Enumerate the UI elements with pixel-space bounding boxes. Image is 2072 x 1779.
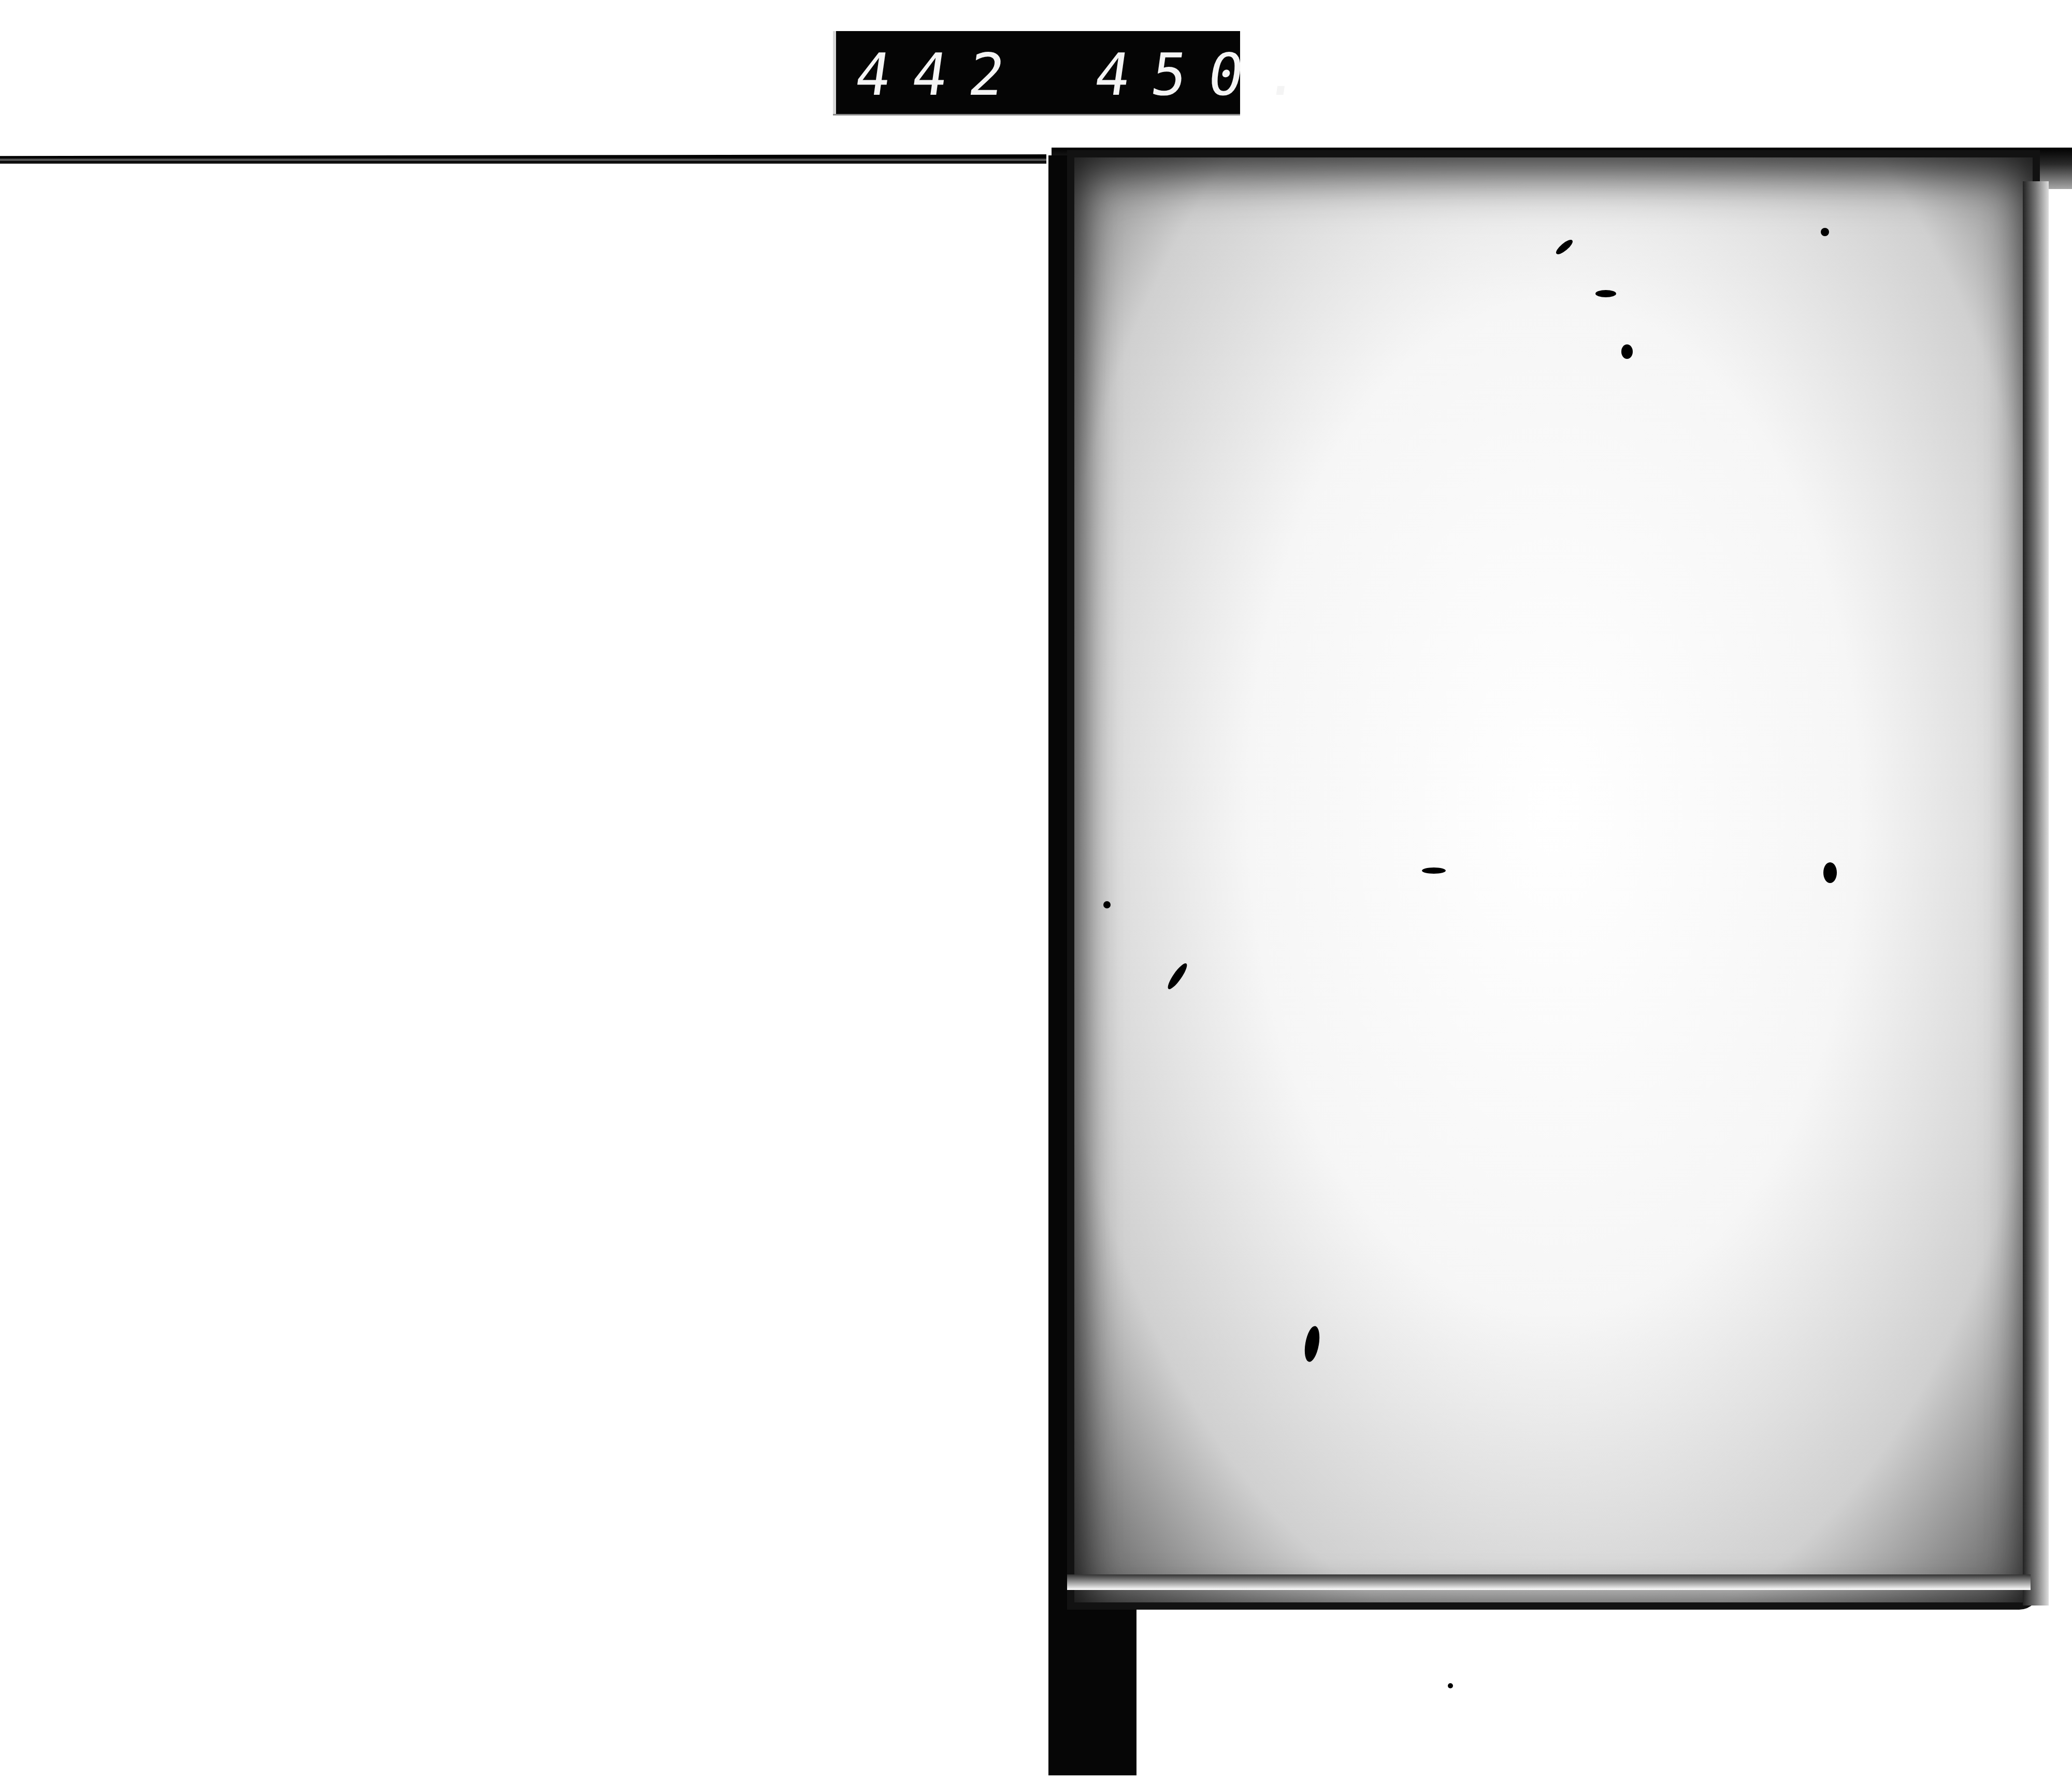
ink-spot (1595, 290, 1616, 297)
frame-counter-left: 442 (851, 41, 1031, 109)
blank-page (1067, 150, 2040, 1610)
page-bottom-edge (1067, 1574, 2031, 1590)
frame-counter: 442 450. (833, 31, 1240, 114)
ink-spot (1448, 1683, 1453, 1688)
film-edge-rule-thin (0, 161, 1046, 164)
ink-spot (1823, 862, 1837, 883)
ink-spot (1621, 344, 1633, 359)
ink-spot (1422, 867, 1446, 874)
frame-counter-right: 450. (1090, 41, 1327, 109)
ink-spot (1821, 228, 1829, 236)
ink-spot (1103, 901, 1111, 908)
page-right-edge (2023, 181, 2049, 1606)
